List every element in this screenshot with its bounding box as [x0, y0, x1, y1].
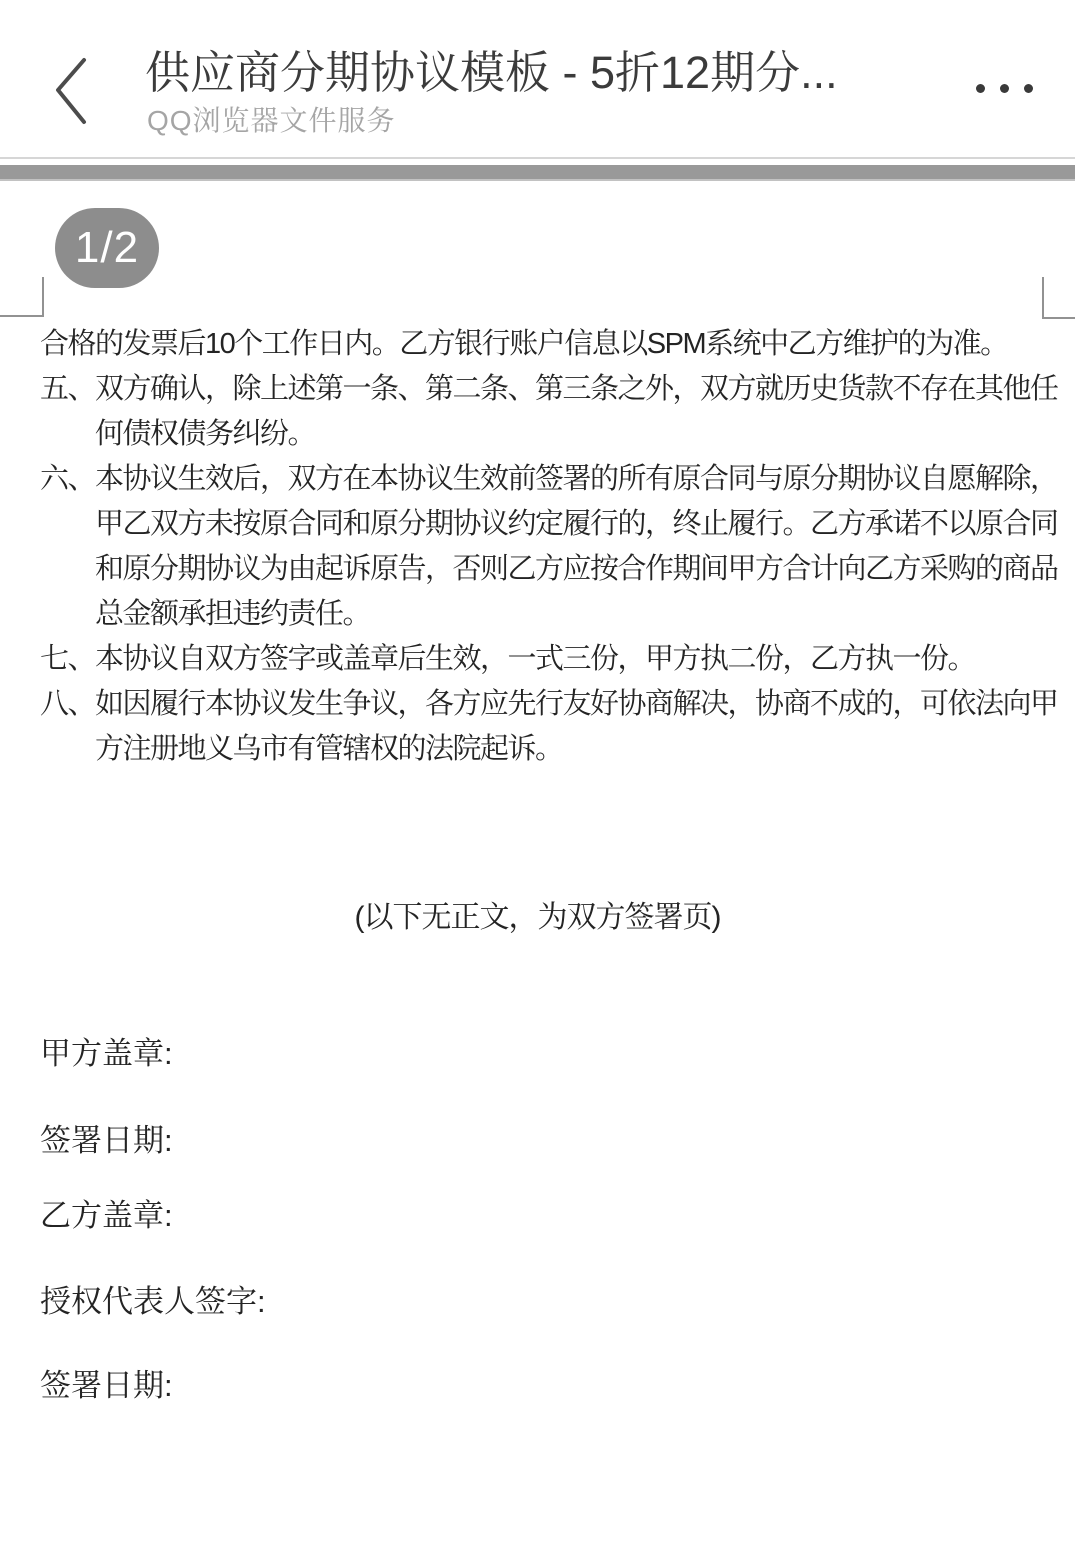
back-icon[interactable]	[48, 52, 94, 128]
header-divider-line	[0, 157, 1075, 159]
doc-line: 方注册地义乌市有管辖权的法院起诉。	[40, 727, 1060, 772]
header-bar: 供应商分期协议模板 - 5折12期分... QQ浏览器文件服务	[0, 0, 1075, 157]
document-viewer-screen: 供应商分期协议模板 - 5折12期分... QQ浏览器文件服务 1/2 合格的发…	[0, 0, 1075, 1555]
signature-label: 签署日期:	[40, 1122, 173, 1160]
page-subtitle: QQ浏览器文件服务	[147, 103, 396, 139]
doc-line: 和原分期协议为由起诉原告，否则乙方应按合作期间甲方合计向乙方采购的商品	[40, 547, 1060, 592]
doc-line: 何债权债务纠纷。	[40, 412, 1060, 457]
signature-label: 签署日期:	[40, 1367, 173, 1405]
document-body: 合格的发票后10个工作日内。乙方银行账户信息以SPM系统中乙方维护的为准。五、双…	[40, 322, 1060, 772]
doc-line: 总金额承担违约责任。	[40, 592, 1060, 637]
page-title: 供应商分期协议模板 - 5折12期分...	[145, 42, 945, 104]
signature-label: 甲方盖章:	[40, 1035, 173, 1073]
more-menu-icon[interactable]	[976, 84, 1033, 93]
doc-line: 八、如因履行本协议发生争议，各方应先行友好协商解决，协商不成的，可依法向甲	[40, 682, 1060, 727]
doc-line: 五、双方确认，除上述第一条、第二条、第三条之外，双方就历史货款不存在其他任	[40, 367, 1060, 412]
no-more-text-note: (以下无正文，为双方签署页)	[0, 898, 1075, 938]
signature-block: 甲方盖章:签署日期:乙方盖章:授权代表人签字:签署日期:	[40, 1035, 640, 1455]
doc-line: 合格的发票后10个工作日内。乙方银行账户信息以SPM系统中乙方维护的为准。	[40, 322, 1060, 367]
signature-label: 乙方盖章:	[40, 1197, 173, 1235]
page-corner-mark-left	[0, 277, 44, 317]
doc-line: 甲乙双方未按原合同和原分期协议约定履行的，终止履行。乙方承诺不以原合同	[40, 502, 1060, 547]
page-corner-mark-right	[1042, 277, 1075, 319]
header-divider-bar	[0, 165, 1075, 181]
doc-line: 七、本协议自双方签字或盖章后生效，一式三份，甲方执二份，乙方执一份。	[40, 637, 1060, 682]
page-indicator-badge: 1/2	[55, 208, 159, 288]
signature-label: 授权代表人签字:	[40, 1283, 266, 1321]
doc-line: 六、本协议生效后，双方在本协议生效前签署的所有原合同与原分期协议自愿解除，	[40, 457, 1060, 502]
